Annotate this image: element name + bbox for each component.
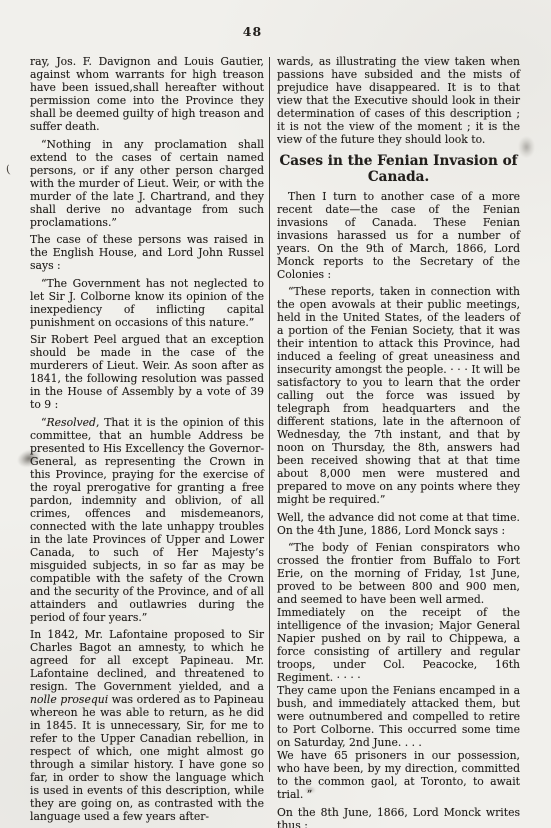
paragraph-continuation: wards, as illustrating the view taken wh… <box>277 55 520 146</box>
margin-mark: ( <box>5 163 11 176</box>
right-column: wards, as illustrating the view taken wh… <box>277 55 520 828</box>
paragraph-quote: “Nothing in any proclamation shall exten… <box>30 138 264 229</box>
paragraph: In 1842, Mr. Lafontaine proposed to Sir … <box>30 628 264 823</box>
paragraph: On the 8th June, 1866, Lord Monck writes… <box>277 806 520 828</box>
ink-smudge <box>518 136 535 158</box>
paragraph-continuation: ray, Jos. F. Davignon and Louis Gautier,… <box>30 55 264 133</box>
paragraph-quote: “Resolved, That it is the opinion of thi… <box>30 416 264 624</box>
paragraph: Well, the advance did not come at that t… <box>277 511 520 537</box>
left-column: ray, Jos. F. Davignon and Louis Gautier,… <box>30 55 264 828</box>
paragraph-quote: We have 65 prisoners in our possession, … <box>277 749 520 801</box>
paragraph-quote: They came upon the Fenians encamped in a… <box>277 684 520 749</box>
paragraph-quote: Immediately on the receipt of the intell… <box>277 606 520 684</box>
column-divider <box>269 57 270 772</box>
paragraph-quote: “These reports, taken in connection with… <box>277 285 520 506</box>
section-heading: Cases in the Fenian Invasion of Canada. <box>279 153 518 185</box>
scanned-document-page: 48 ( ray, Jos. F. Davignon and Louis Gau… <box>0 0 551 828</box>
paragraph-quote: “The Government has not neglected to let… <box>30 277 264 329</box>
paragraph: The case of these persons was raised in … <box>30 233 264 272</box>
paragraph: Sir Robert Peel argued that an exception… <box>30 333 264 411</box>
paragraph-quote: “The body of Fenian conspirators who cro… <box>277 541 520 606</box>
page-number: 48 <box>0 24 505 39</box>
paragraph: Then I turn to another case of a more re… <box>277 190 520 281</box>
text-block: ray, Jos. F. Davignon and Louis Gautier,… <box>30 55 520 828</box>
